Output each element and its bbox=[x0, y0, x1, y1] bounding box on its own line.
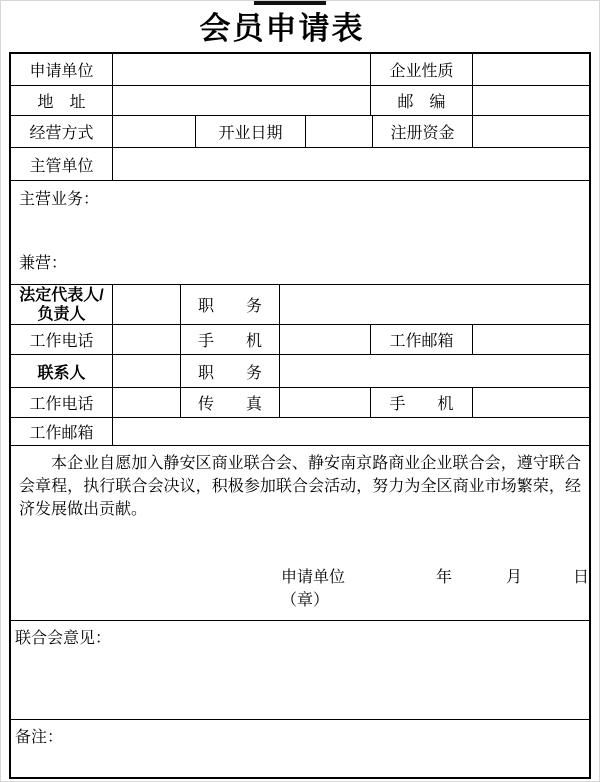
label-opening-date: 开业日期 bbox=[196, 116, 306, 147]
row-business-mode: 经营方式 开业日期 注册资金 bbox=[11, 116, 589, 148]
row-main-business: 主营业务： 兼营： bbox=[11, 181, 589, 285]
pledge-cell: 本企业自愿加入静安区商业联合会、静安南京路商业企业联合会，遵守联合会章程，执行联… bbox=[11, 446, 589, 620]
signature-line: 申请单位（章） 年 月 日 bbox=[11, 564, 589, 610]
label-mobile-2: 手 机 bbox=[371, 388, 473, 417]
row-work-email-2: 工作邮箱 bbox=[11, 418, 589, 446]
row-contact-person: 联系人 职 务 bbox=[11, 355, 589, 388]
field-mobile-1-blank bbox=[280, 325, 371, 354]
field-work-phone-1-blank bbox=[113, 325, 181, 354]
label-sign-day: 日 bbox=[573, 564, 589, 610]
field-work-email-1-blank bbox=[473, 325, 589, 354]
label-registered-capital: 注册资金 bbox=[373, 116, 473, 147]
row-applicant-unit: 申请单位 企业性质 bbox=[11, 54, 589, 86]
scan-artifact bbox=[254, 1, 326, 5]
field-work-phone-2-blank bbox=[113, 388, 181, 417]
label-federation-opinion: 联合会意见： bbox=[15, 625, 111, 648]
label-side-business: 兼营： bbox=[19, 250, 581, 273]
label-applicant-unit: 申请单位 bbox=[11, 54, 113, 85]
label-work-email-2: 工作邮箱 bbox=[11, 418, 113, 445]
field-supervisor-unit-blank bbox=[113, 148, 589, 180]
row-pledge: 本企业自愿加入静安区商业联合会、静安南京路商业企业联合会，遵守联合会章程，执行联… bbox=[11, 446, 589, 621]
label-remark: 备注： bbox=[15, 724, 63, 747]
form-title: 会员申请表 bbox=[1, 11, 563, 47]
field-remark: 备注： bbox=[11, 720, 589, 747]
field-federation-opinion: 联合会意见： bbox=[11, 621, 589, 648]
field-main-business: 主营业务： 兼营： bbox=[11, 181, 589, 284]
field-registered-capital-blank bbox=[473, 116, 589, 147]
row-address: 地 址 邮 编 bbox=[11, 86, 589, 116]
label-position-1: 职 务 bbox=[181, 285, 280, 324]
document-page: 会员申请表 申请单位 企业性质 地 址 邮 编 经营方式 开业日期 注册资金 主 bbox=[0, 0, 600, 782]
label-sign-month: 月 bbox=[506, 564, 522, 610]
label-mobile-1: 手 机 bbox=[181, 325, 280, 354]
label-supervisor-unit: 主管单位 bbox=[11, 148, 113, 180]
row-supervisor-unit: 主管单位 bbox=[11, 148, 589, 181]
field-address-blank bbox=[113, 86, 371, 115]
label-business-mode: 经营方式 bbox=[11, 116, 113, 147]
label-work-email-1: 工作邮箱 bbox=[371, 325, 473, 354]
label-sign-year: 年 bbox=[436, 564, 452, 610]
label-legal-rep: 法定代表人/ 负责人 bbox=[11, 285, 113, 324]
row-work-phone-2: 工作电话 传 真 手 机 bbox=[11, 388, 589, 418]
field-business-mode-blank bbox=[113, 116, 196, 147]
field-enterprise-nature-blank bbox=[473, 54, 589, 85]
row-legal-rep: 法定代表人/ 负责人 职 务 bbox=[11, 285, 589, 325]
field-position-2-blank bbox=[280, 355, 589, 387]
row-federation-opinion: 联合会意见： bbox=[11, 621, 589, 720]
label-fax: 传 真 bbox=[181, 388, 280, 417]
row-work-phone-1: 工作电话 手 机 工作邮箱 bbox=[11, 325, 589, 355]
label-work-phone-2: 工作电话 bbox=[11, 388, 113, 417]
label-postal-code: 邮 编 bbox=[371, 86, 473, 115]
field-postal-code-blank bbox=[473, 86, 589, 115]
label-address: 地 址 bbox=[11, 86, 113, 115]
field-contact-person-blank bbox=[113, 355, 181, 387]
field-mobile-2-blank bbox=[473, 388, 589, 417]
row-remark: 备注： bbox=[11, 720, 589, 777]
field-legal-rep-blank bbox=[113, 285, 181, 324]
label-work-phone-1: 工作电话 bbox=[11, 325, 113, 354]
application-form-table: 申请单位 企业性质 地 址 邮 编 经营方式 开业日期 注册资金 主管单位 bbox=[9, 52, 591, 779]
field-fax-blank bbox=[280, 388, 371, 417]
field-opening-date-blank bbox=[306, 116, 373, 147]
field-applicant-unit-blank bbox=[113, 54, 371, 85]
label-main-business: 主营业务： bbox=[19, 186, 581, 209]
label-position-2: 职 务 bbox=[181, 355, 280, 387]
field-position-1-blank bbox=[280, 285, 589, 324]
label-sign-unit: 申请单位（章） bbox=[281, 564, 378, 610]
label-enterprise-nature: 企业性质 bbox=[371, 54, 473, 85]
pledge-text: 本企业自愿加入静安区商业联合会、静安南京路商业企业联合会，遵守联合会章程，执行联… bbox=[11, 446, 589, 521]
label-contact-person: 联系人 bbox=[11, 355, 113, 387]
field-work-email-2-blank bbox=[113, 418, 589, 445]
